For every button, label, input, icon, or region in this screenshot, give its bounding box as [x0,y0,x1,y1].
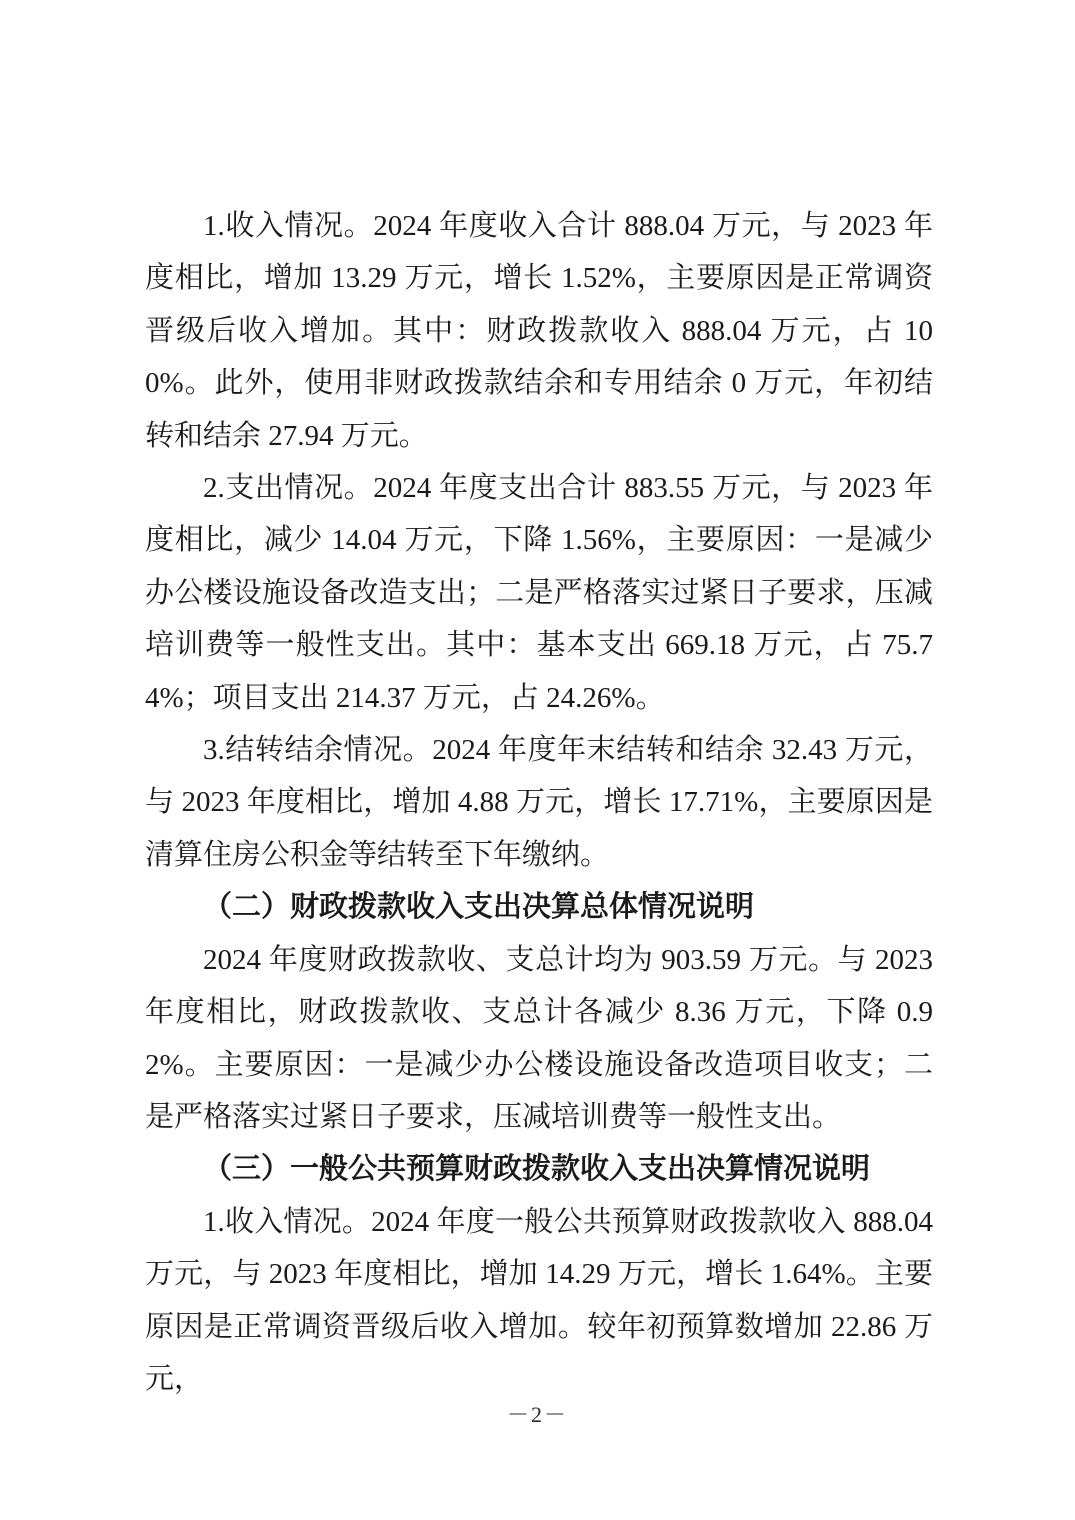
heading-section-3-general-public-budget: （三）一般公共预算财政拨款收入支出决算情况说明 [145,1143,933,1195]
paragraph-general-budget-income: 1.收入情况。2024 年度一般公共预算财政拨款收入 888.04 万元，与 2… [145,1196,933,1406]
paragraph-expenditure-overview: 2.支出情况。2024 年度支出合计 883.55 万元，与 2023 年度相比… [145,462,933,724]
paragraph-fiscal-appropriation-total: 2024 年度财政拨款收、支总计均为 903.59 万元。与 2023 年度相比… [145,934,933,1144]
document-body: 1.收入情况。2024 年度收入合计 888.04 万元，与 2023 年度相比… [145,200,933,1405]
paragraph-income-overview: 1.收入情况。2024 年度收入合计 888.04 万元，与 2023 年度相比… [145,200,933,462]
document-page: 1.收入情况。2024 年度收入合计 888.04 万元，与 2023 年度相比… [0,0,1075,1520]
page-number: －2－ [0,1398,1075,1429]
heading-section-2-fiscal-appropriation: （二）财政拨款收入支出决算总体情况说明 [145,881,933,933]
paragraph-carryover-balance: 3.结转结余情况。2024 年度年末结转和结余 32.43 万元，与 2023 … [145,724,933,881]
